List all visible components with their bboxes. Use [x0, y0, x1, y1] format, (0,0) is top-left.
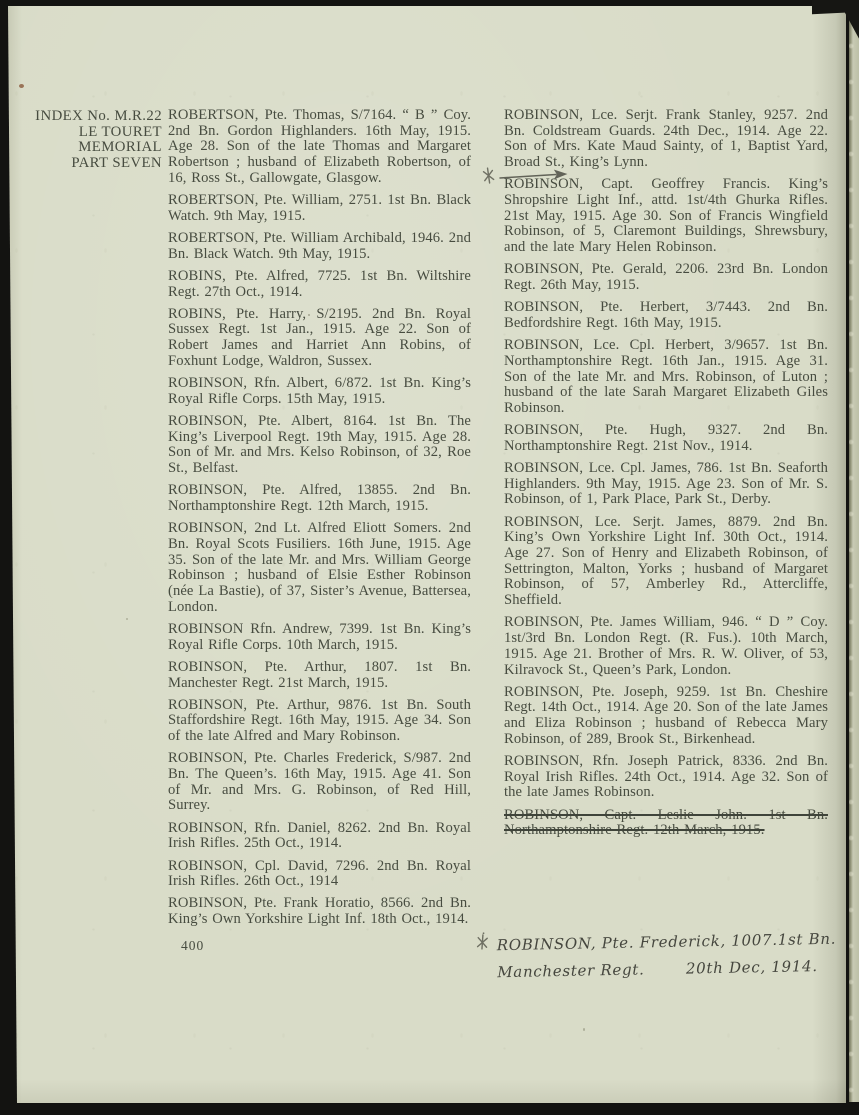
register-entry: ROBINSON, Lce. Serjt. Frank Stanley, 925… — [504, 108, 828, 171]
paper-speck — [126, 618, 128, 620]
register-entry: ROBINSON, 2nd Lt. Alfred Eliott Somers. … — [168, 521, 471, 615]
handwritten-regiment: Manchester Regt. — [497, 960, 645, 981]
memorial-name-line2: MEMORIAL — [22, 140, 162, 156]
register-entry: ROBINSON, Rfn. Albert, 6/872. 1st Bn. Ki… — [168, 376, 471, 407]
register-entry: ROBINSON, Rfn. Daniel, 8262. 2nd Bn. Roy… — [168, 821, 471, 852]
register-entry: ROBINSON, Pte. Arthur, 1807. 1st Bn. Man… — [168, 660, 471, 691]
memorial-name-line1: LE TOURET — [22, 125, 162, 141]
register-entry: ROBINSON, Pte. Hugh, 9327. 2nd Bn. North… — [504, 423, 828, 454]
right-column: ROBINSON, Lce. Serjt. Frank Stanley, 925… — [504, 108, 828, 846]
pencil-arrow-icon — [496, 166, 568, 184]
register-entry: ROBINSON, Rfn. Joseph Patrick, 8336. 2nd… — [504, 754, 828, 801]
index-number: INDEX No. M.R.22 — [22, 109, 162, 125]
register-entry: ROBINSON, Pte. Joseph, 9259. 1st Bn. Che… — [504, 685, 828, 748]
register-entry: ROBINSON, Lce. Cpl. Herbert, 3/9657. 1st… — [504, 338, 828, 417]
register-entry: ROBINSON, Pte. Gerald, 2206. 23rd Bn. Lo… — [504, 262, 828, 293]
register-entry-struck: ROBINSON, Capt. Leslie John. 1st Bn. Nor… — [504, 808, 828, 839]
register-entry: ROBERTSON, Pte. William, 2751. 1st Bn. B… — [168, 193, 471, 224]
register-entry: ROBINSON, Pte. James William, 946. “ D ”… — [504, 615, 828, 678]
register-entry: ROBINSON, Cpl. David, 7296. 2nd Bn. Roya… — [168, 859, 471, 890]
paper-speck — [583, 1028, 585, 1031]
register-entry: ROBINSON Rfn. Andrew, 7399. 1st Bn. King… — [168, 622, 471, 653]
register-entry: ROBINSON, Pte. Herbert, 3/7443. 2nd Bn. … — [504, 300, 828, 331]
register-entry: ROBINSON, Pte. Alfred, 13855. 2nd Bn. No… — [168, 483, 471, 514]
handwritten-battalion: 1st Bn. — [778, 926, 837, 954]
handwritten-date: 20th Dec, 1914. — [686, 957, 818, 978]
pencil-x-mark-icon — [474, 931, 491, 950]
memorial-part: PART SEVEN — [22, 156, 162, 172]
register-entry: ROBINS, Pte. Harry, S/2195. 2nd Bn. Roya… — [168, 307, 471, 370]
register-entry: ROBINS, Pte. Alfred, 7725. 1st Bn. Wilts… — [168, 269, 471, 300]
register-entry: ROBINSON, Pte. Albert, 8164. 1st Bn. The… — [168, 414, 471, 477]
register-entry: ROBINSON, Capt. Geoffrey Francis. King’s… — [504, 177, 828, 256]
register-entry: ROBINSON, Pte. Arthur, 9876. 1st Bn. Sou… — [168, 698, 471, 745]
index-header: INDEX No. M.R.22 LE TOURET MEMORIAL PART… — [22, 109, 162, 172]
next-page-edge — [849, 2, 859, 1102]
register-entry: ROBINSON, Lce. Cpl. James, 786. 1st Bn. … — [504, 461, 828, 508]
register-entry: ROBERTSON, Pte. Thomas, S/7164. “ B ” Co… — [168, 108, 471, 187]
register-entry: ROBINSON, Pte. Charles Frederick, S/987.… — [168, 751, 471, 814]
register-entry: ROBERTSON, Pte. William Archibald, 1946.… — [168, 231, 471, 262]
register-entry: ROBINSON, Lce. Serjt. James, 8879. 2nd B… — [504, 515, 828, 609]
paper-speck — [19, 84, 24, 88]
left-column: ROBERTSON, Pte. Thomas, S/7164. “ B ” Co… — [168, 108, 471, 934]
handwritten-entry: ROBINSON, Pte. Frederick, 1007. 1st Bn. … — [497, 926, 832, 986]
page-number: 400 — [181, 938, 204, 954]
register-entry: ROBINSON, Pte. Frank Horatio, 8566. 2nd … — [168, 896, 471, 927]
